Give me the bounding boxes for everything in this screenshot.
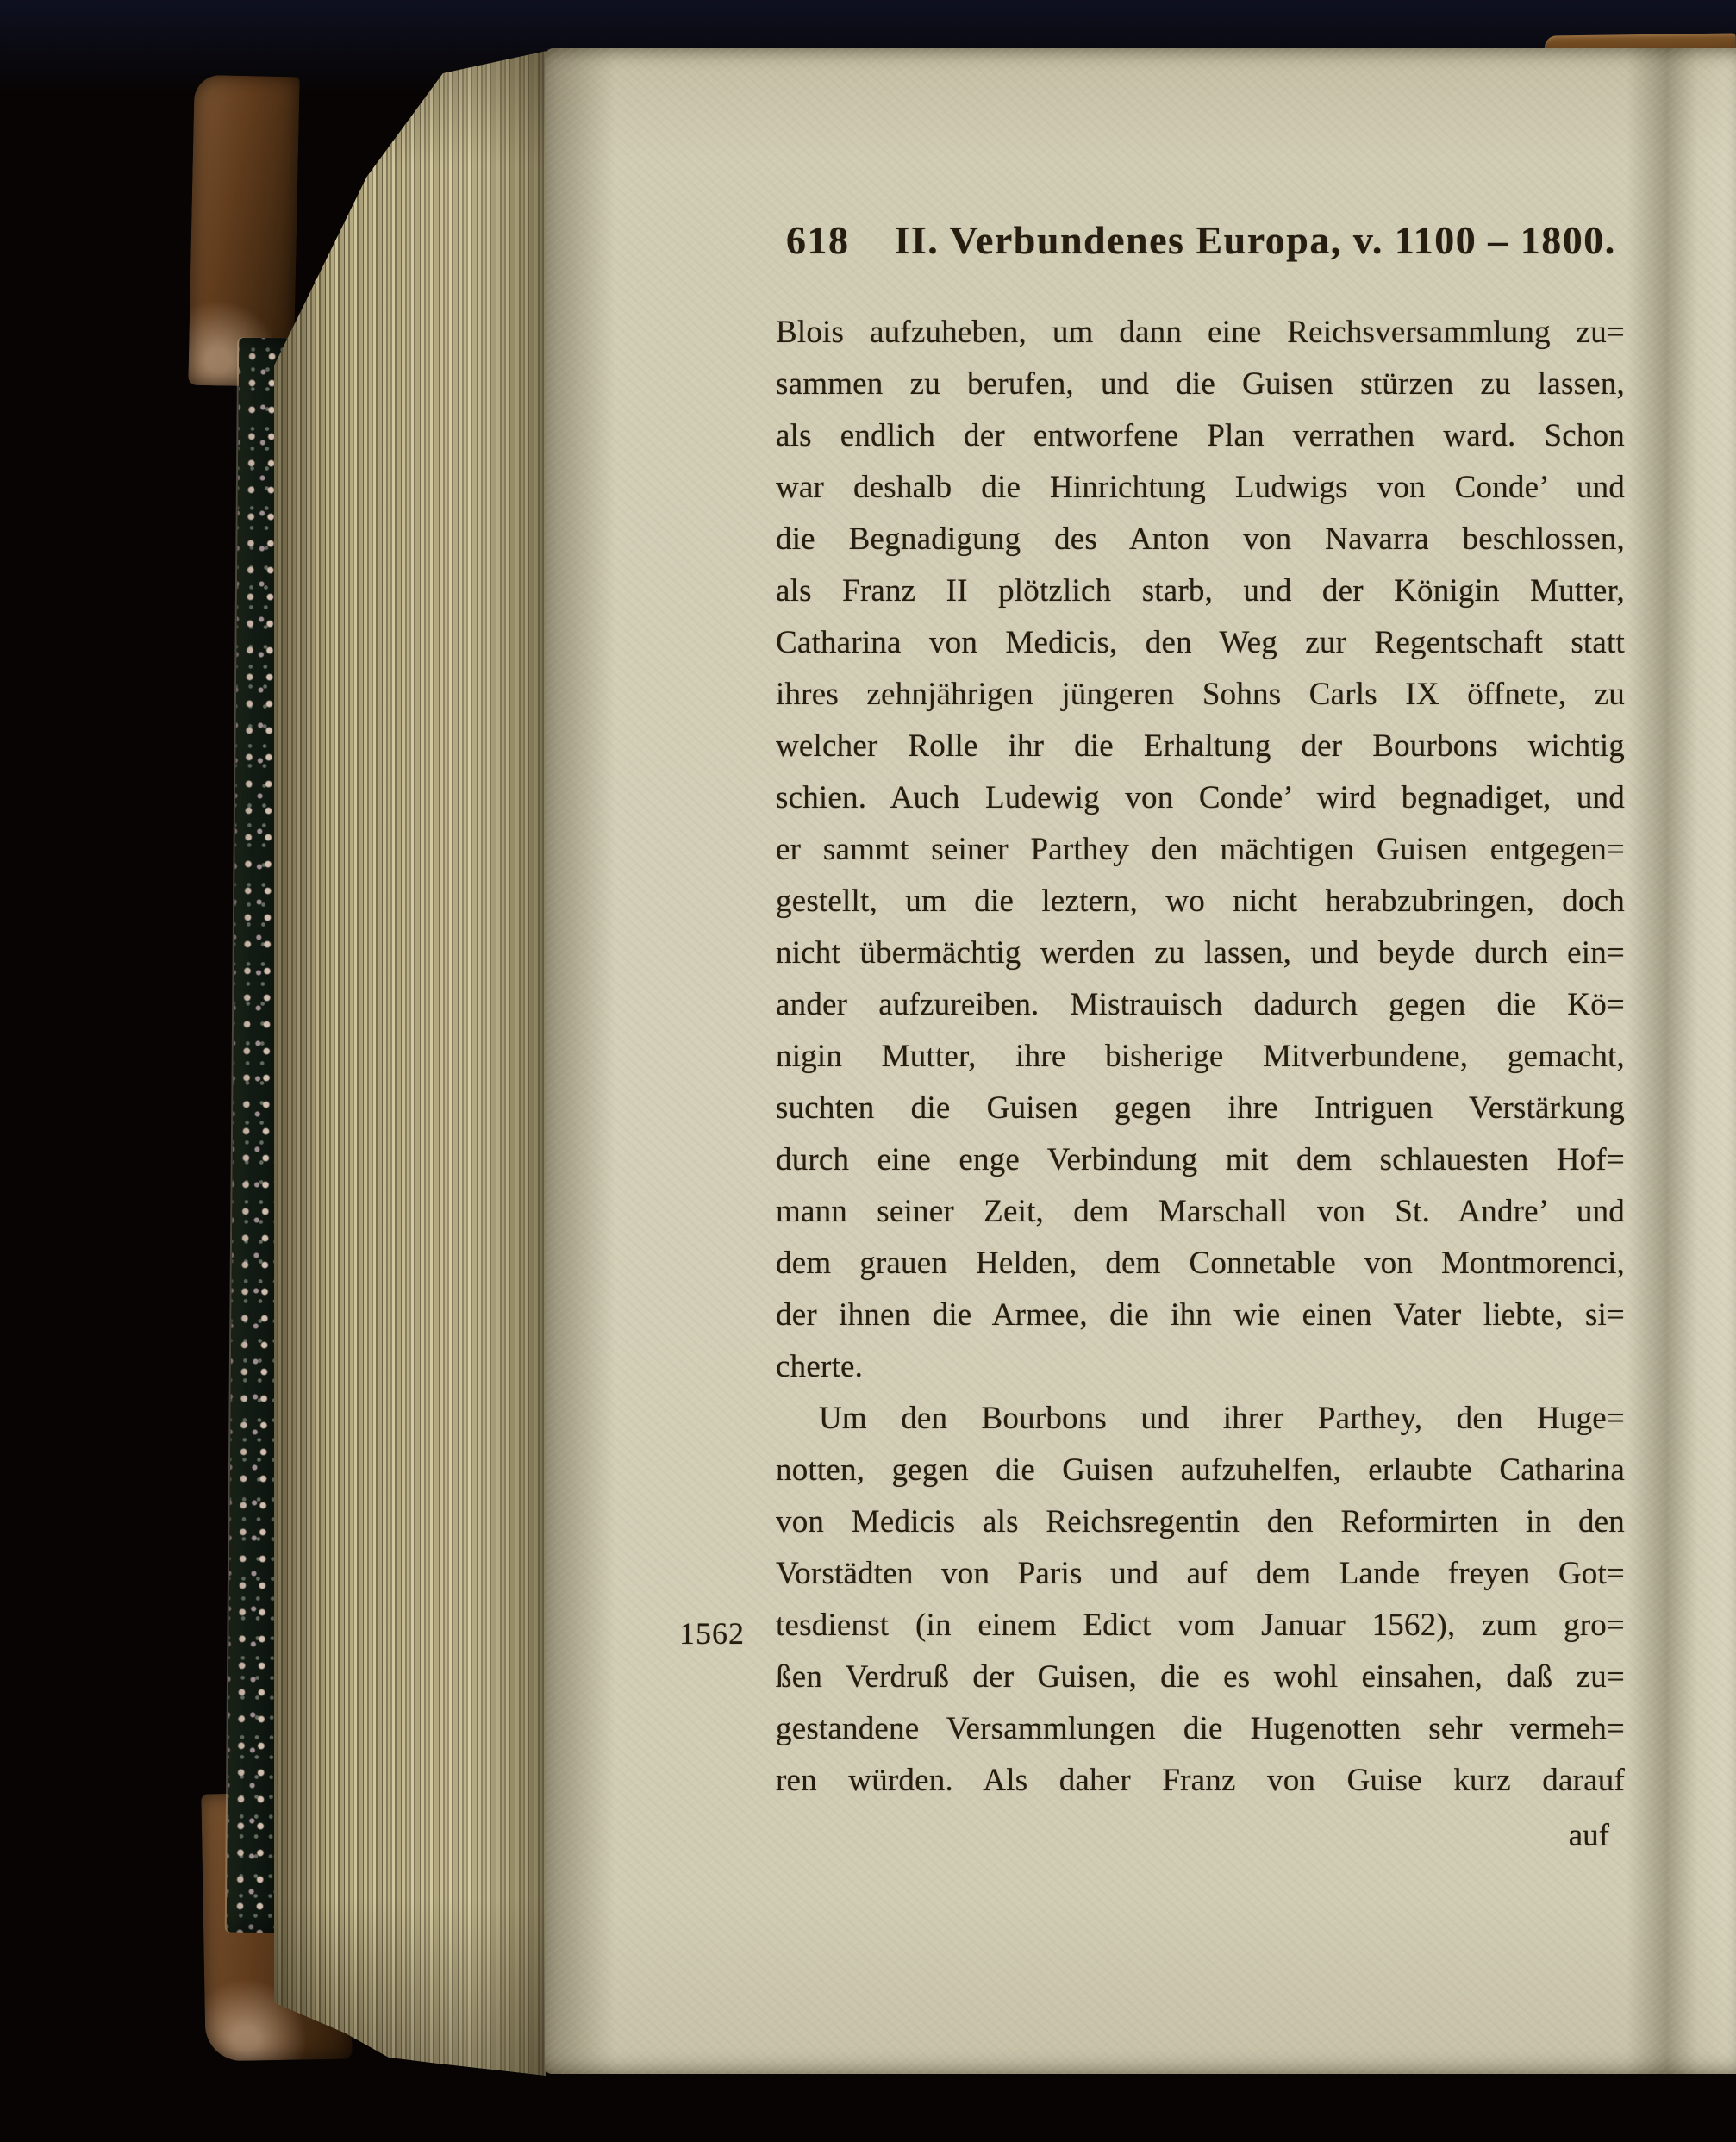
body-text-line: von Medicis als Reichsregentin den Refor…	[776, 1496, 1625, 1548]
body-text-line: mann seiner Zeit, dem Marschall von St. …	[776, 1186, 1625, 1238]
body-text-line: nicht übermächtig werden zu lassen, und …	[776, 927, 1625, 979]
body-text-line: die Begnadigung des Anton von Navarra be…	[776, 514, 1625, 565]
body-text-line: gestandene Versammlungen die Hugenotten …	[776, 1703, 1625, 1755]
body-text-line: welcher Rolle ihr die Erhaltung der Bour…	[776, 721, 1625, 772]
running-title: II. Verbundenes Europa, v. 1100 – 1800.	[895, 212, 1616, 269]
body-text-line: der ihnen die Armee, die ihn wie einen V…	[776, 1290, 1625, 1341]
catchword: auf	[789, 1810, 1609, 1862]
body-text-line: Blois aufzuheben, um dann eine Reichsver…	[776, 307, 1625, 359]
fanned-page-edges	[274, 45, 546, 2076]
body-text-line: Vorstädten von Paris und auf dem Lande f…	[776, 1548, 1625, 1600]
body-text-line: suchten die Guisen gegen ihre Intriguen …	[776, 1083, 1625, 1134]
body-text-line: Catharina von Medicis, den Weg zur Regen…	[776, 617, 1625, 669]
body-text-line: dem grauen Helden, dem Connetable von Mo…	[776, 1238, 1625, 1290]
body-text-line: ßen Verdruß der Guisen, die es wohl eins…	[776, 1652, 1625, 1703]
body-text: Blois aufzuheben, um dann eine Reichsver…	[776, 307, 1625, 1807]
body-text-line: ihres zehnjährigen jüngeren Sohns Carls …	[776, 669, 1625, 721]
body-text-line: war deshalb die Hinrichtung Ludwigs von …	[776, 462, 1625, 514]
body-text-line: sammen zu berufen, und die Guisen stürze…	[776, 359, 1625, 410]
running-header: 618 II. Verbundenes Europa, v. 1100 – 18…	[786, 212, 1629, 269]
body-text-line: durch eine enge Verbindung mit dem schla…	[776, 1134, 1625, 1186]
body-text-line: Um den Bourbons und ihrer Parthey, den H…	[776, 1393, 1625, 1445]
book-scan-scene: 618 II. Verbundenes Europa, v. 1100 – 18…	[0, 0, 1736, 2142]
body-text-line: nigin Mutter, ihre bisherige Mitverbunde…	[776, 1031, 1625, 1083]
body-text-line: schien. Auch Ludewig von Conde’ wird beg…	[776, 772, 1625, 824]
body-text-line: notten, gegen die Guisen aufzuhelfen, er…	[776, 1445, 1625, 1496]
body-text-line: tesdienst (in einem Edict vom Januar 156…	[776, 1600, 1625, 1652]
margin-year-note: 1562	[679, 1615, 745, 1652]
body-text-line: ren würden. Als daher Franz von Guise ku…	[776, 1755, 1625, 1807]
body-text-line: er sammt seiner Parthey den mächtigen Gu…	[776, 824, 1625, 876]
body-text-line: gestellt, um die leztern, wo nicht herab…	[776, 876, 1625, 927]
body-text-line: als endlich der entworfene Plan verrathe…	[776, 410, 1625, 462]
page-number: 618	[786, 212, 850, 269]
body-text-line: als Franz II plötzlich starb, und der Kö…	[776, 565, 1625, 617]
body-text-line: ander aufzureiben. Mistrauisch dadurch g…	[776, 979, 1625, 1031]
body-text-line: cherte.	[776, 1341, 1625, 1393]
